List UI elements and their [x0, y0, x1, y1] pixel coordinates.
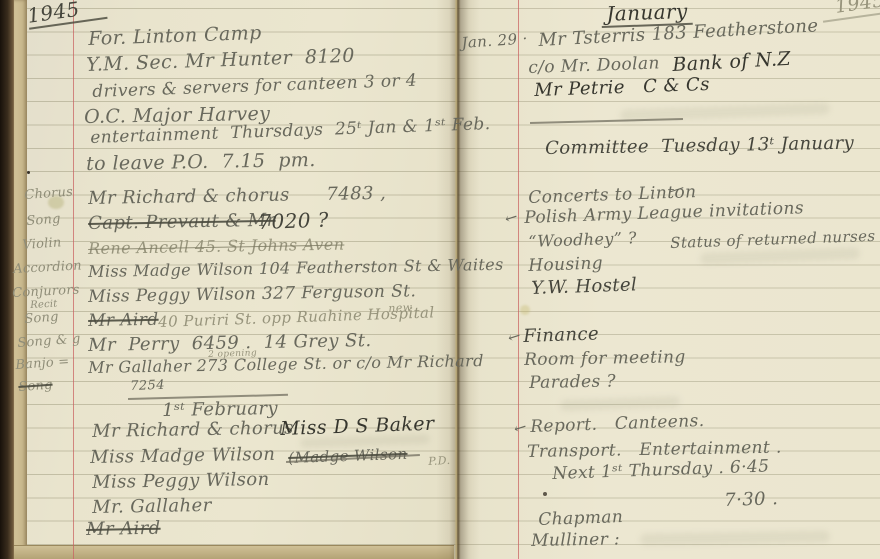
page-edge-strip [14, 0, 27, 559]
notebook-scan: 1945 For. Linton Camp Y.M. Sec. Mr Hunte… [0, 0, 880, 559]
margin-rule-left [73, 0, 74, 559]
page-bottom-edge [14, 545, 454, 559]
roster-line-crossed: Mr Aird [88, 312, 159, 331]
center-fold [436, 0, 480, 559]
agenda-item: Parades ? [529, 373, 616, 392]
february-row: Mr Richard & chorus [92, 419, 294, 441]
agenda-item: Chapman [538, 509, 624, 530]
note-line: to leave P.O. 7.15 pm. [86, 151, 316, 175]
roster-line-crossed: Capt. Prevaut & Mr [88, 212, 276, 234]
february-row: Mr. Gallaher [92, 497, 212, 518]
agenda-item: Y.W. Hostel [531, 276, 638, 299]
agenda-item: 7·30 . [724, 490, 779, 511]
inserted-word: 2 opening [208, 349, 257, 360]
ink-dot [543, 492, 547, 496]
agenda-item: Finance [523, 325, 599, 347]
agenda-item: Housing [528, 255, 603, 275]
margin-note: P.D. [428, 455, 451, 468]
agenda-item: Mulliner : [531, 531, 620, 550]
february-row: Miss Peggy Wilson [92, 471, 270, 493]
margin-label: Chorus [24, 186, 73, 203]
february-row-crossed: Mr Aird [86, 519, 191, 540]
agenda-item: Room for meeting [524, 349, 686, 370]
margin-label: Song [24, 311, 59, 327]
ink-dot [27, 171, 30, 174]
margin-rule-right [518, 0, 519, 559]
phone-number: 7254 [130, 379, 165, 394]
age-spot [520, 305, 530, 315]
inserted-word: new [388, 302, 413, 315]
february-row: Miss Madge Wilson [90, 446, 275, 468]
phone-number: 7020 ? [258, 210, 329, 233]
margin-label: Violin [22, 236, 62, 252]
margin-label: Song [26, 213, 61, 229]
margin-label: Song [18, 379, 53, 395]
book-spine [0, 0, 14, 559]
agenda-item: “Woodhey” ? [528, 230, 637, 251]
